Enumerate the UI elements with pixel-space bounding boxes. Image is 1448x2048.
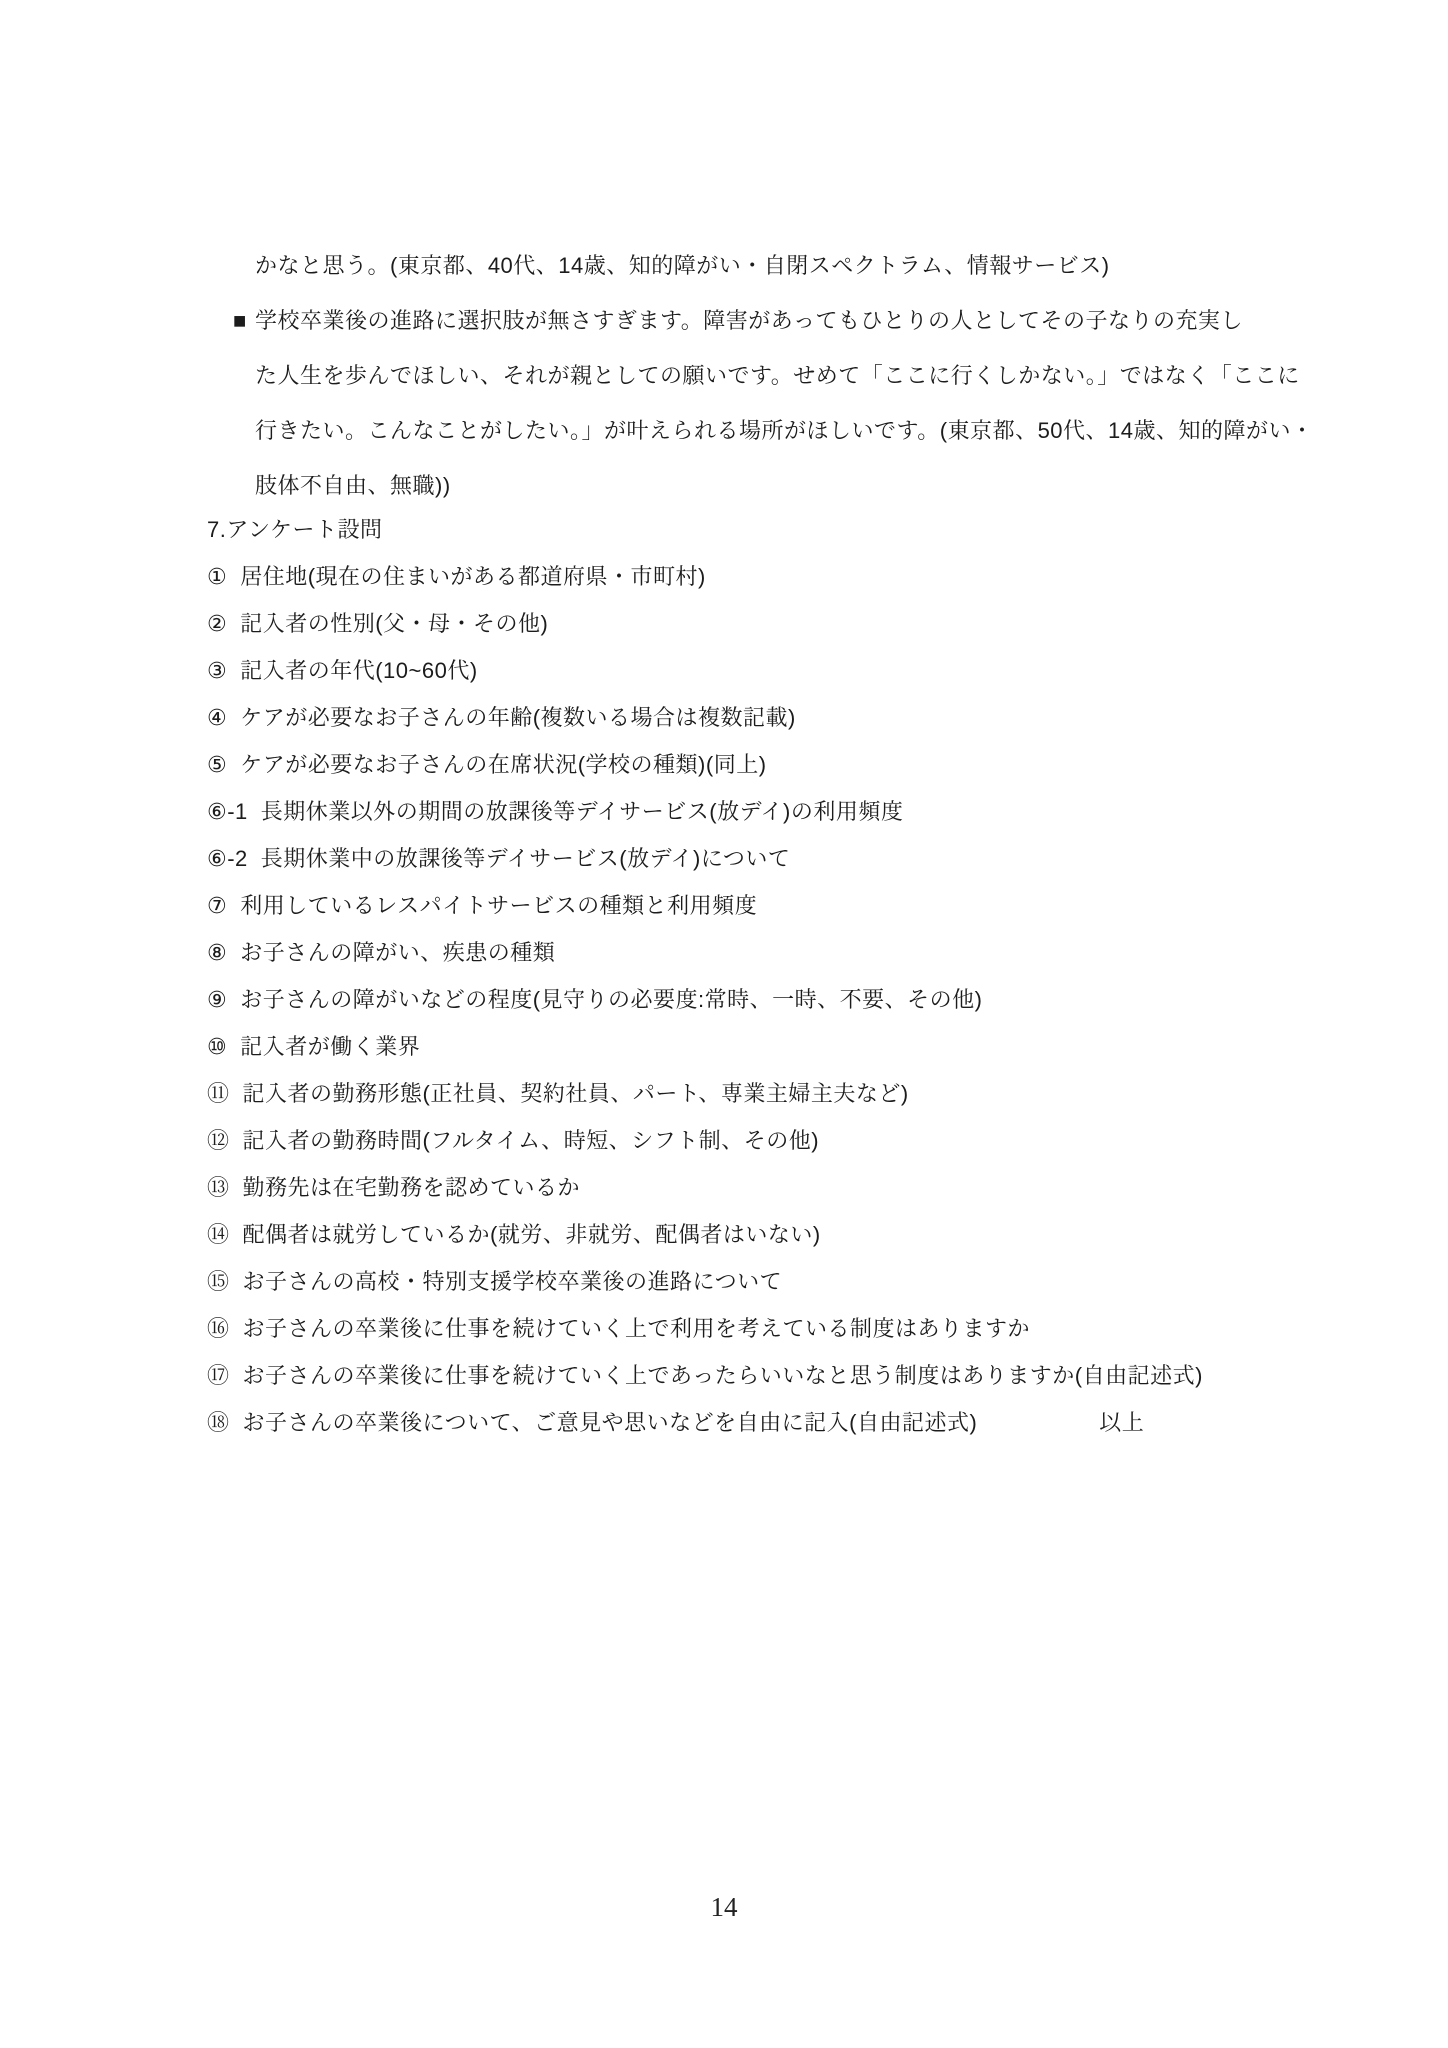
- survey-item-4: ④ケアが必要なお子さんの年齢(複数いる場合は複数記載): [207, 694, 1387, 741]
- item-number: ⑪: [207, 1070, 230, 1117]
- survey-item-6-1: ⑥-1長期休業以外の期間の放課後等デイサービス(放デイ)の利用頻度: [207, 788, 1387, 835]
- survey-item-16: ⑯お子さんの卒業後に仕事を続けていく上で利用を考えている制度はありますか: [207, 1305, 1387, 1352]
- survey-questions-section: 7.アンケート設問 ①居住地(現在の住まいがある都道府県・市町村) ②記入者の性…: [207, 506, 1387, 1446]
- item-text: ケアが必要なお子さんの年齢(複数いる場合は複数記載): [240, 705, 796, 730]
- item-number: ⑧: [207, 929, 227, 976]
- item-text: 居住地(現在の住まいがある都道府県・市町村): [240, 564, 706, 589]
- item-text: 記入者の性別(父・母・その他): [240, 611, 548, 636]
- item-text: 記入者が働く業界: [240, 1034, 420, 1059]
- item-number: ⑤: [207, 741, 227, 788]
- respondent-quote-block: かなと思う。(東京都、40代、14歳、知的障がい・自閉スペクトラム、情報サービス…: [233, 238, 1313, 513]
- survey-item-1: ①居住地(現在の住まいがある都道府県・市町村): [207, 553, 1387, 600]
- survey-item-7: ⑦利用しているレスパイトサービスの種類と利用頻度: [207, 882, 1387, 929]
- item-number: ⑬: [207, 1164, 230, 1211]
- quote-text-line-1: 学校卒業後の進路に選択肢が無さすぎます。障害があってもひとりの人としてその子なり…: [255, 308, 1243, 333]
- survey-item-3: ③記入者の年代(10~60代): [207, 647, 1387, 694]
- survey-item-9: ⑨お子さんの障がいなどの程度(見守りの必要度:常時、一時、不要、その他): [207, 976, 1387, 1023]
- item-number: ⑮: [207, 1258, 230, 1305]
- survey-item-2: ②記入者の性別(父・母・その他): [207, 600, 1387, 647]
- item-text: 勤務先は在宅勤務を認めているか: [243, 1175, 581, 1200]
- item-number: ④: [207, 694, 227, 741]
- item-text: お子さんの卒業後に仕事を続けていく上であったらいいなと思う制度はありますか(自由…: [243, 1363, 1203, 1388]
- item-number: ⑱: [207, 1399, 230, 1446]
- survey-item-11: ⑪記入者の勤務形態(正社員、契約社員、パート、専業主婦主夫など): [207, 1070, 1387, 1117]
- survey-item-5: ⑤ケアが必要なお子さんの在席状況(学校の種類)(同上): [207, 741, 1387, 788]
- quote-continuation-line: かなと思う。(東京都、40代、14歳、知的障がい・自閉スペクトラム、情報サービス…: [233, 238, 1313, 293]
- item-text: お子さんの卒業後に仕事を続けていく上で利用を考えている制度はありますか: [243, 1316, 1031, 1341]
- item-text: お子さんの卒業後について、ご意見や思いなどを自由に記入(自由記述式): [243, 1410, 978, 1435]
- item-number: ②: [207, 600, 227, 647]
- item-text: お子さんの障がい、疾患の種類: [240, 940, 555, 965]
- closing-label: 以上: [1099, 1399, 1144, 1446]
- item-text: 長期休業中の放課後等デイサービス(放デイ)について: [261, 846, 791, 871]
- item-text: 長期休業以外の期間の放課後等デイサービス(放デイ)の利用頻度: [261, 799, 904, 824]
- item-number: ⑫: [207, 1117, 230, 1164]
- survey-item-6-2: ⑥-2長期休業中の放課後等デイサービス(放デイ)について: [207, 835, 1387, 882]
- item-number: ⑰: [207, 1352, 230, 1399]
- item-text: 記入者の年代(10~60代): [240, 658, 477, 683]
- item-number: ⑩: [207, 1023, 227, 1070]
- item-number: ③: [207, 647, 227, 694]
- item-number: ⑯: [207, 1305, 230, 1352]
- square-bullet-icon: ■: [233, 293, 255, 348]
- section-heading: 7.アンケート設問: [207, 506, 1387, 553]
- item-text: 記入者の勤務形態(正社員、契約社員、パート、専業主婦主夫など): [243, 1081, 909, 1106]
- item-number: ⑥-2: [207, 835, 248, 882]
- item-number: ⑥-1: [207, 788, 248, 835]
- document-page: かなと思う。(東京都、40代、14歳、知的障がい・自閉スペクトラム、情報サービス…: [0, 0, 1448, 2048]
- survey-item-15: ⑮お子さんの高校・特別支援学校卒業後の進路について: [207, 1258, 1387, 1305]
- item-text: お子さんの高校・特別支援学校卒業後の進路について: [243, 1269, 783, 1294]
- survey-item-17: ⑰お子さんの卒業後に仕事を続けていく上であったらいいなと思う制度はありますか(自…: [207, 1352, 1387, 1399]
- item-text: お子さんの障がいなどの程度(見守りの必要度:常時、一時、不要、その他): [240, 987, 982, 1012]
- item-text: 配偶者は就労しているか(就労、非就労、配偶者はいない): [243, 1222, 821, 1247]
- survey-item-14: ⑭配偶者は就労しているか(就労、非就労、配偶者はいない): [207, 1211, 1387, 1258]
- page-number: 14: [0, 1892, 1448, 1923]
- survey-item-8: ⑧お子さんの障がい、疾患の種類: [207, 929, 1387, 976]
- survey-question-list: ①居住地(現在の住まいがある都道府県・市町村) ②記入者の性別(父・母・その他)…: [207, 553, 1387, 1446]
- quote-text-line-3: 行きたい。こんなことがしたい。」が叶えられる場所がほしいです。(東京都、50代、…: [233, 403, 1313, 458]
- item-text: 記入者の勤務時間(フルタイム、時短、シフト制、その他): [243, 1128, 820, 1153]
- item-text: ケアが必要なお子さんの在席状況(学校の種類)(同上): [240, 752, 766, 777]
- survey-item-10: ⑩記入者が働く業界: [207, 1023, 1387, 1070]
- item-number: ①: [207, 553, 227, 600]
- quote-text-line-4: 肢体不自由、無職)): [233, 458, 1313, 513]
- quote-text-line-2: た人生を歩んでほしい、それが親としての願いです。せめて「ここに行くしかない。」で…: [233, 348, 1313, 403]
- survey-item-18: ⑱お子さんの卒業後について、ご意見や思いなどを自由に記入(自由記述式)以上: [207, 1399, 1387, 1446]
- survey-item-13: ⑬勤務先は在宅勤務を認めているか: [207, 1164, 1387, 1211]
- survey-item-12: ⑫記入者の勤務時間(フルタイム、時短、シフト制、その他): [207, 1117, 1387, 1164]
- item-number: ⑦: [207, 882, 227, 929]
- item-number: ⑭: [207, 1211, 230, 1258]
- item-text: 利用しているレスパイトサービスの種類と利用頻度: [240, 893, 757, 918]
- quote-bullet-line: ■学校卒業後の進路に選択肢が無さすぎます。障害があってもひとりの人としてその子な…: [233, 293, 1313, 348]
- item-number: ⑨: [207, 976, 227, 1023]
